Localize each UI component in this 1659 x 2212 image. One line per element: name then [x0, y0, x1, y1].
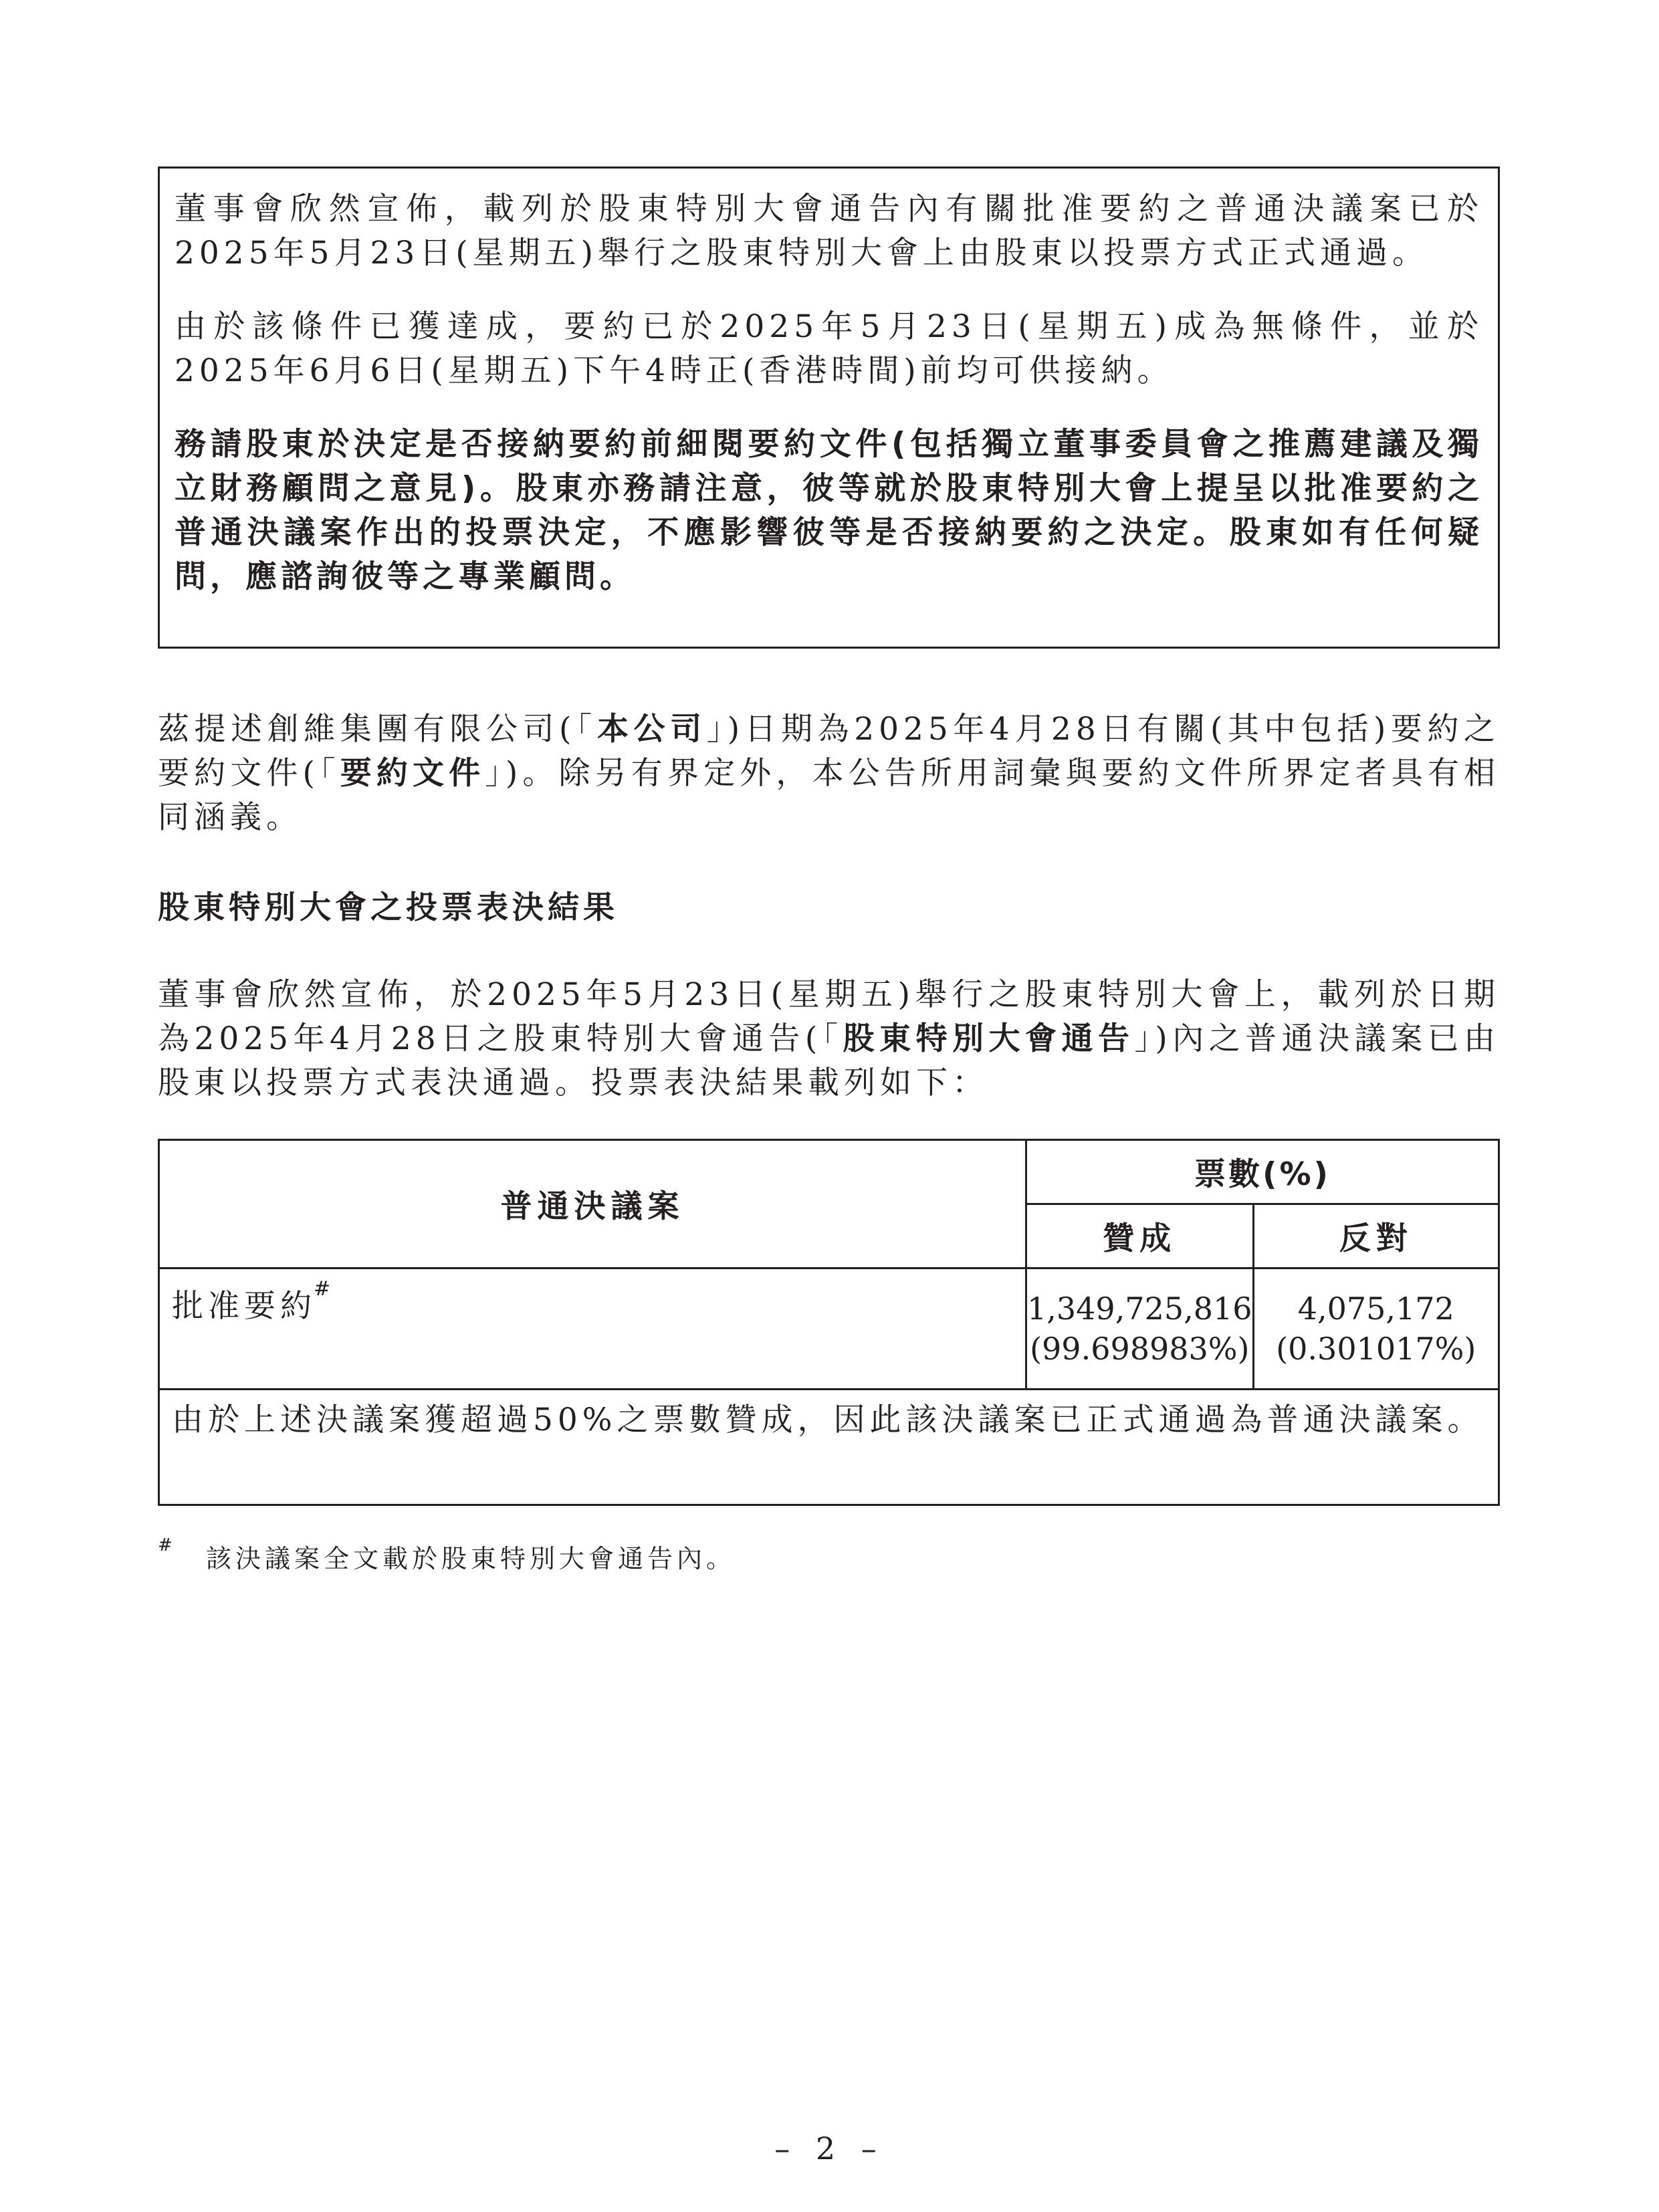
- votes-against-percent: (0.301017%): [1254, 1329, 1498, 1369]
- intro-paragraph: 茲提述創維集團有限公司(「本公司」)日期為2025年4月28日有關(其中包括)要…: [158, 707, 1500, 840]
- cell-votes-for: 1,349,725,816 (99.698983%): [1026, 1268, 1254, 1390]
- header-ordinary-resolution: 普通決議案: [159, 1140, 1026, 1268]
- header-for: 贊成: [1026, 1204, 1254, 1268]
- page-number: – 2 –: [0, 2130, 1659, 2167]
- resolution-label: 批准要約: [172, 1288, 316, 1325]
- vote-results-table: 普通決議案 票數(%) 贊成 反對 批准要約# 1,349,725,816 (9…: [158, 1139, 1500, 1506]
- results-intro-paragraph: 董事會欣然宣佈，於2025年5月23日(星期五)舉行之股東特別大會上，載列於日期…: [158, 973, 1500, 1105]
- cell-summary: 由於上述決議案獲超過50%之票數贊成，因此該決議案已正式通過為普通決議案。: [159, 1390, 1499, 1505]
- votes-against-count: 4,075,172: [1254, 1289, 1498, 1329]
- table-summary-row: 由於上述決議案獲超過50%之票數贊成，因此該決議案已正式通過為普通決議案。: [159, 1390, 1499, 1505]
- defined-term-company: 本公司: [597, 711, 707, 748]
- defined-term-egm-notice: 股東特別大會通告: [843, 1020, 1135, 1057]
- notice-paragraph-unconditional: 由於該條件已獲達成，要約已於2025年5月23日(星期五)成為無條件，並於202…: [175, 305, 1483, 393]
- intro-text-1: 茲提述創維集團有限公司(「: [158, 711, 597, 748]
- header-against: 反對: [1253, 1204, 1499, 1268]
- table-row: 批准要約# 1,349,725,816 (99.698983%) 4,075,1…: [159, 1268, 1499, 1390]
- notice-box: 董事會欣然宣佈，載列於股東特別大會通告內有關批准要約之普通決議案已於2025年5…: [158, 167, 1500, 649]
- cell-votes-against: 4,075,172 (0.301017%): [1253, 1268, 1499, 1390]
- footnote-text: 該決議案全文載於股東特別大會通告內。: [206, 1544, 736, 1573]
- footnote: #該決議案全文載於股東特別大會通告內。: [158, 1538, 736, 1575]
- votes-for-count: 1,349,725,816: [1027, 1289, 1252, 1329]
- notice-paragraph-warning: 務請股東於決定是否接納要約前細閱要約文件(包括獨立董事委員會之推薦建議及獨立財務…: [175, 423, 1483, 599]
- notice-paragraph-resolution-passed: 董事會欣然宣佈，載列於股東特別大會通告內有關批准要約之普通決議案已於2025年5…: [175, 187, 1483, 275]
- section-heading: 股東特別大會之投票表決結果: [158, 883, 619, 927]
- footnote-mark: #: [158, 1535, 206, 1555]
- votes-for-percent: (99.698983%): [1027, 1329, 1252, 1369]
- footnote-marker: #: [314, 1277, 335, 1301]
- header-number-of-votes: 票數(%): [1026, 1140, 1499, 1204]
- cell-resolution: 批准要約#: [159, 1268, 1026, 1390]
- defined-term-offer-document: 要約文件: [340, 755, 485, 792]
- table-header-row-1: 普通決議案 票數(%): [159, 1140, 1499, 1204]
